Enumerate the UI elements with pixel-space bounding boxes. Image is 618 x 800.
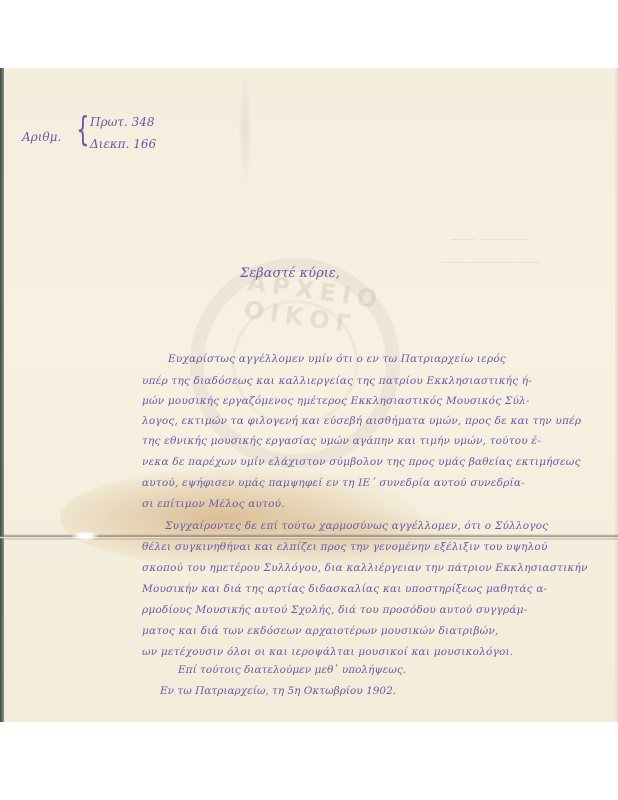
dispatch-number: Διεκπ. 166 <box>90 137 156 151</box>
protocol-number: Πρωτ. 348 <box>90 115 154 129</box>
body-line: Συγχαίροντες δε επί τούτω χαρμοσύνως αγγ… <box>165 520 548 532</box>
body-line: ρμοδίους Μουσικής αυτού Σχολής, διά του … <box>142 604 527 616</box>
closing-line: Επί τούτοις διατελούμεν μεθ᾽ υπολήψεως. <box>178 664 406 676</box>
body-line: ματος και διά των εκδόσεων αρχαιοτέρων μ… <box>142 625 499 637</box>
body-line: θέλει συγκινηθήναι και ελπίζει προς την … <box>142 541 548 553</box>
date-line: Εν τω Πατριαρχείω, τη 5η Οκτωβρίου 1902. <box>160 685 396 697</box>
body-line: σκοπού του ημετέρου Συλλόγου, δια καλλιέ… <box>142 562 588 574</box>
body-line: σι επίτιμον Μέλος αυτού. <box>142 498 285 510</box>
bleed-through-text: ⸻⸻⸻⸻ <box>440 253 540 268</box>
salutation: Σεβαστέ κύριε, <box>240 266 340 281</box>
body-line: Μουσικήν και διά της αρτίας διδασκαλίας … <box>142 583 547 595</box>
top-fold-mark <box>238 68 252 188</box>
reference-label: Αριθμ. <box>22 130 61 144</box>
body-line: αυτού, εψήφισεν υμάς παμψηφεί εν τη ΙΕ΄ … <box>142 477 525 489</box>
body-line: μών μουσικής εργαζόμενος ημέτερος Εκκλησ… <box>142 395 530 407</box>
body-line: νεκα δε παρέχων υμίν ελάχιστον σύμβολον … <box>142 456 581 468</box>
body-line: λογος, εκτιμών τα φιλογενή και εύσεβή αι… <box>142 415 581 427</box>
scan-left-edge <box>0 68 4 722</box>
brace-icon: { <box>76 110 89 150</box>
body-line: υπέρ της διαδόσεως και καλλιεργείας της … <box>142 375 532 387</box>
crease-tear <box>70 531 100 541</box>
bleed-through-text: ⸻ ⸻⸻ <box>450 230 528 245</box>
body-line: ων μετέχουσιν όλοι οι και ιεροψάλται μου… <box>142 646 513 658</box>
letter-paper: ΑΡΧΕΙΟ ΟΙΚΟΓ ⸻ ⸻⸻ ⸻⸻⸻⸻ Αριθμ. { Πρωτ. 34… <box>0 68 618 722</box>
body-line: Ευχαρίστως αγγέλλομεν υμίν ότι ο εν τω Π… <box>168 353 506 365</box>
body-line: της εθνικής μουσικής εργασίας υμών αγάπη… <box>142 435 541 447</box>
